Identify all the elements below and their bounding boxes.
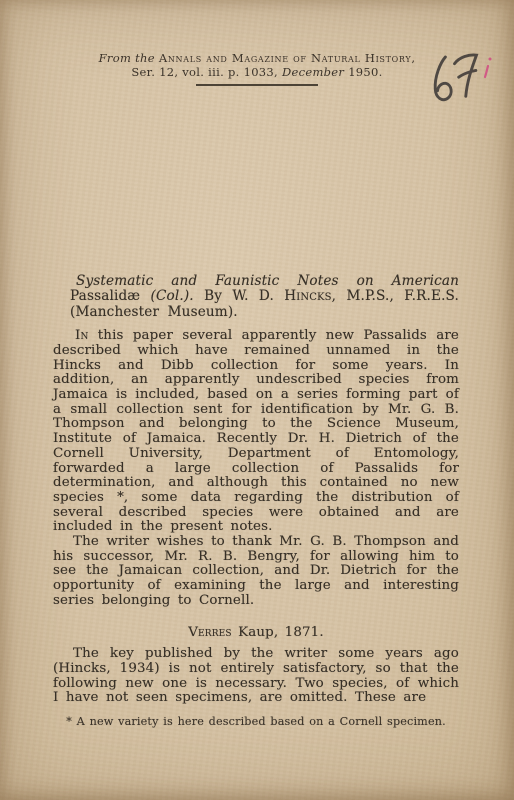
- author-credentials: , M.P.S., F.R.E.S.: [332, 288, 459, 304]
- scanned-journal-page: From the Annals and Magazine of Natural …: [0, 0, 514, 800]
- handwritten-7-crossbar: [458, 70, 476, 77]
- genus-name: Verres: [188, 625, 231, 640]
- intro-lead-word: In: [75, 328, 88, 343]
- title-italic-part: Systematic and Faunistic Notes on Americ…: [76, 273, 459, 289]
- intro-paragraph: In this paper several apparently new Pas…: [53, 329, 459, 535]
- footnote: * A new variety is here described based …: [53, 715, 459, 728]
- intro-paragraph-text: this paper several apparently new Passal…: [53, 328, 459, 534]
- title-order-abbrev: (Col.).: [151, 288, 194, 304]
- handwritten-number-67: 67: [422, 46, 498, 112]
- citation-month: December: [282, 65, 344, 79]
- author-name: Hincks: [284, 288, 331, 304]
- title-family-name: Passalidæ: [70, 288, 140, 304]
- pink-tick-dot: [489, 58, 492, 61]
- genus-heading: Verres Kaup, 1871.: [53, 626, 459, 641]
- pink-tick-mark: [485, 66, 488, 77]
- acknowledgement-paragraph: The writer wishes to thank Mr. G. B. Tho…: [53, 535, 459, 609]
- author-affiliation: (Manchester Museum).: [70, 304, 238, 320]
- genus-authority: Kaup, 1871.: [232, 625, 324, 640]
- citation-volume: Ser. 12, vol. iii. p. 1033,: [131, 65, 278, 79]
- citation-rule: [196, 84, 318, 86]
- key-paragraph: The key published by the writer some yea…: [53, 647, 459, 706]
- journal-name-suffix: ,: [411, 51, 415, 65]
- citation-from-the: From the: [99, 51, 155, 65]
- journal-name: Annals and Magazine of Natural History: [159, 51, 412, 65]
- citation-year: 1950.: [348, 65, 382, 79]
- handwritten-digit-6: [430, 57, 452, 101]
- article-title: Systematic and Faunistic Notes on Americ…: [70, 274, 459, 320]
- article-content: Systematic and Faunistic Notes on Americ…: [53, 274, 459, 728]
- title-byline: By W. D.: [204, 288, 274, 304]
- handwritten-digit-7: [454, 54, 483, 97]
